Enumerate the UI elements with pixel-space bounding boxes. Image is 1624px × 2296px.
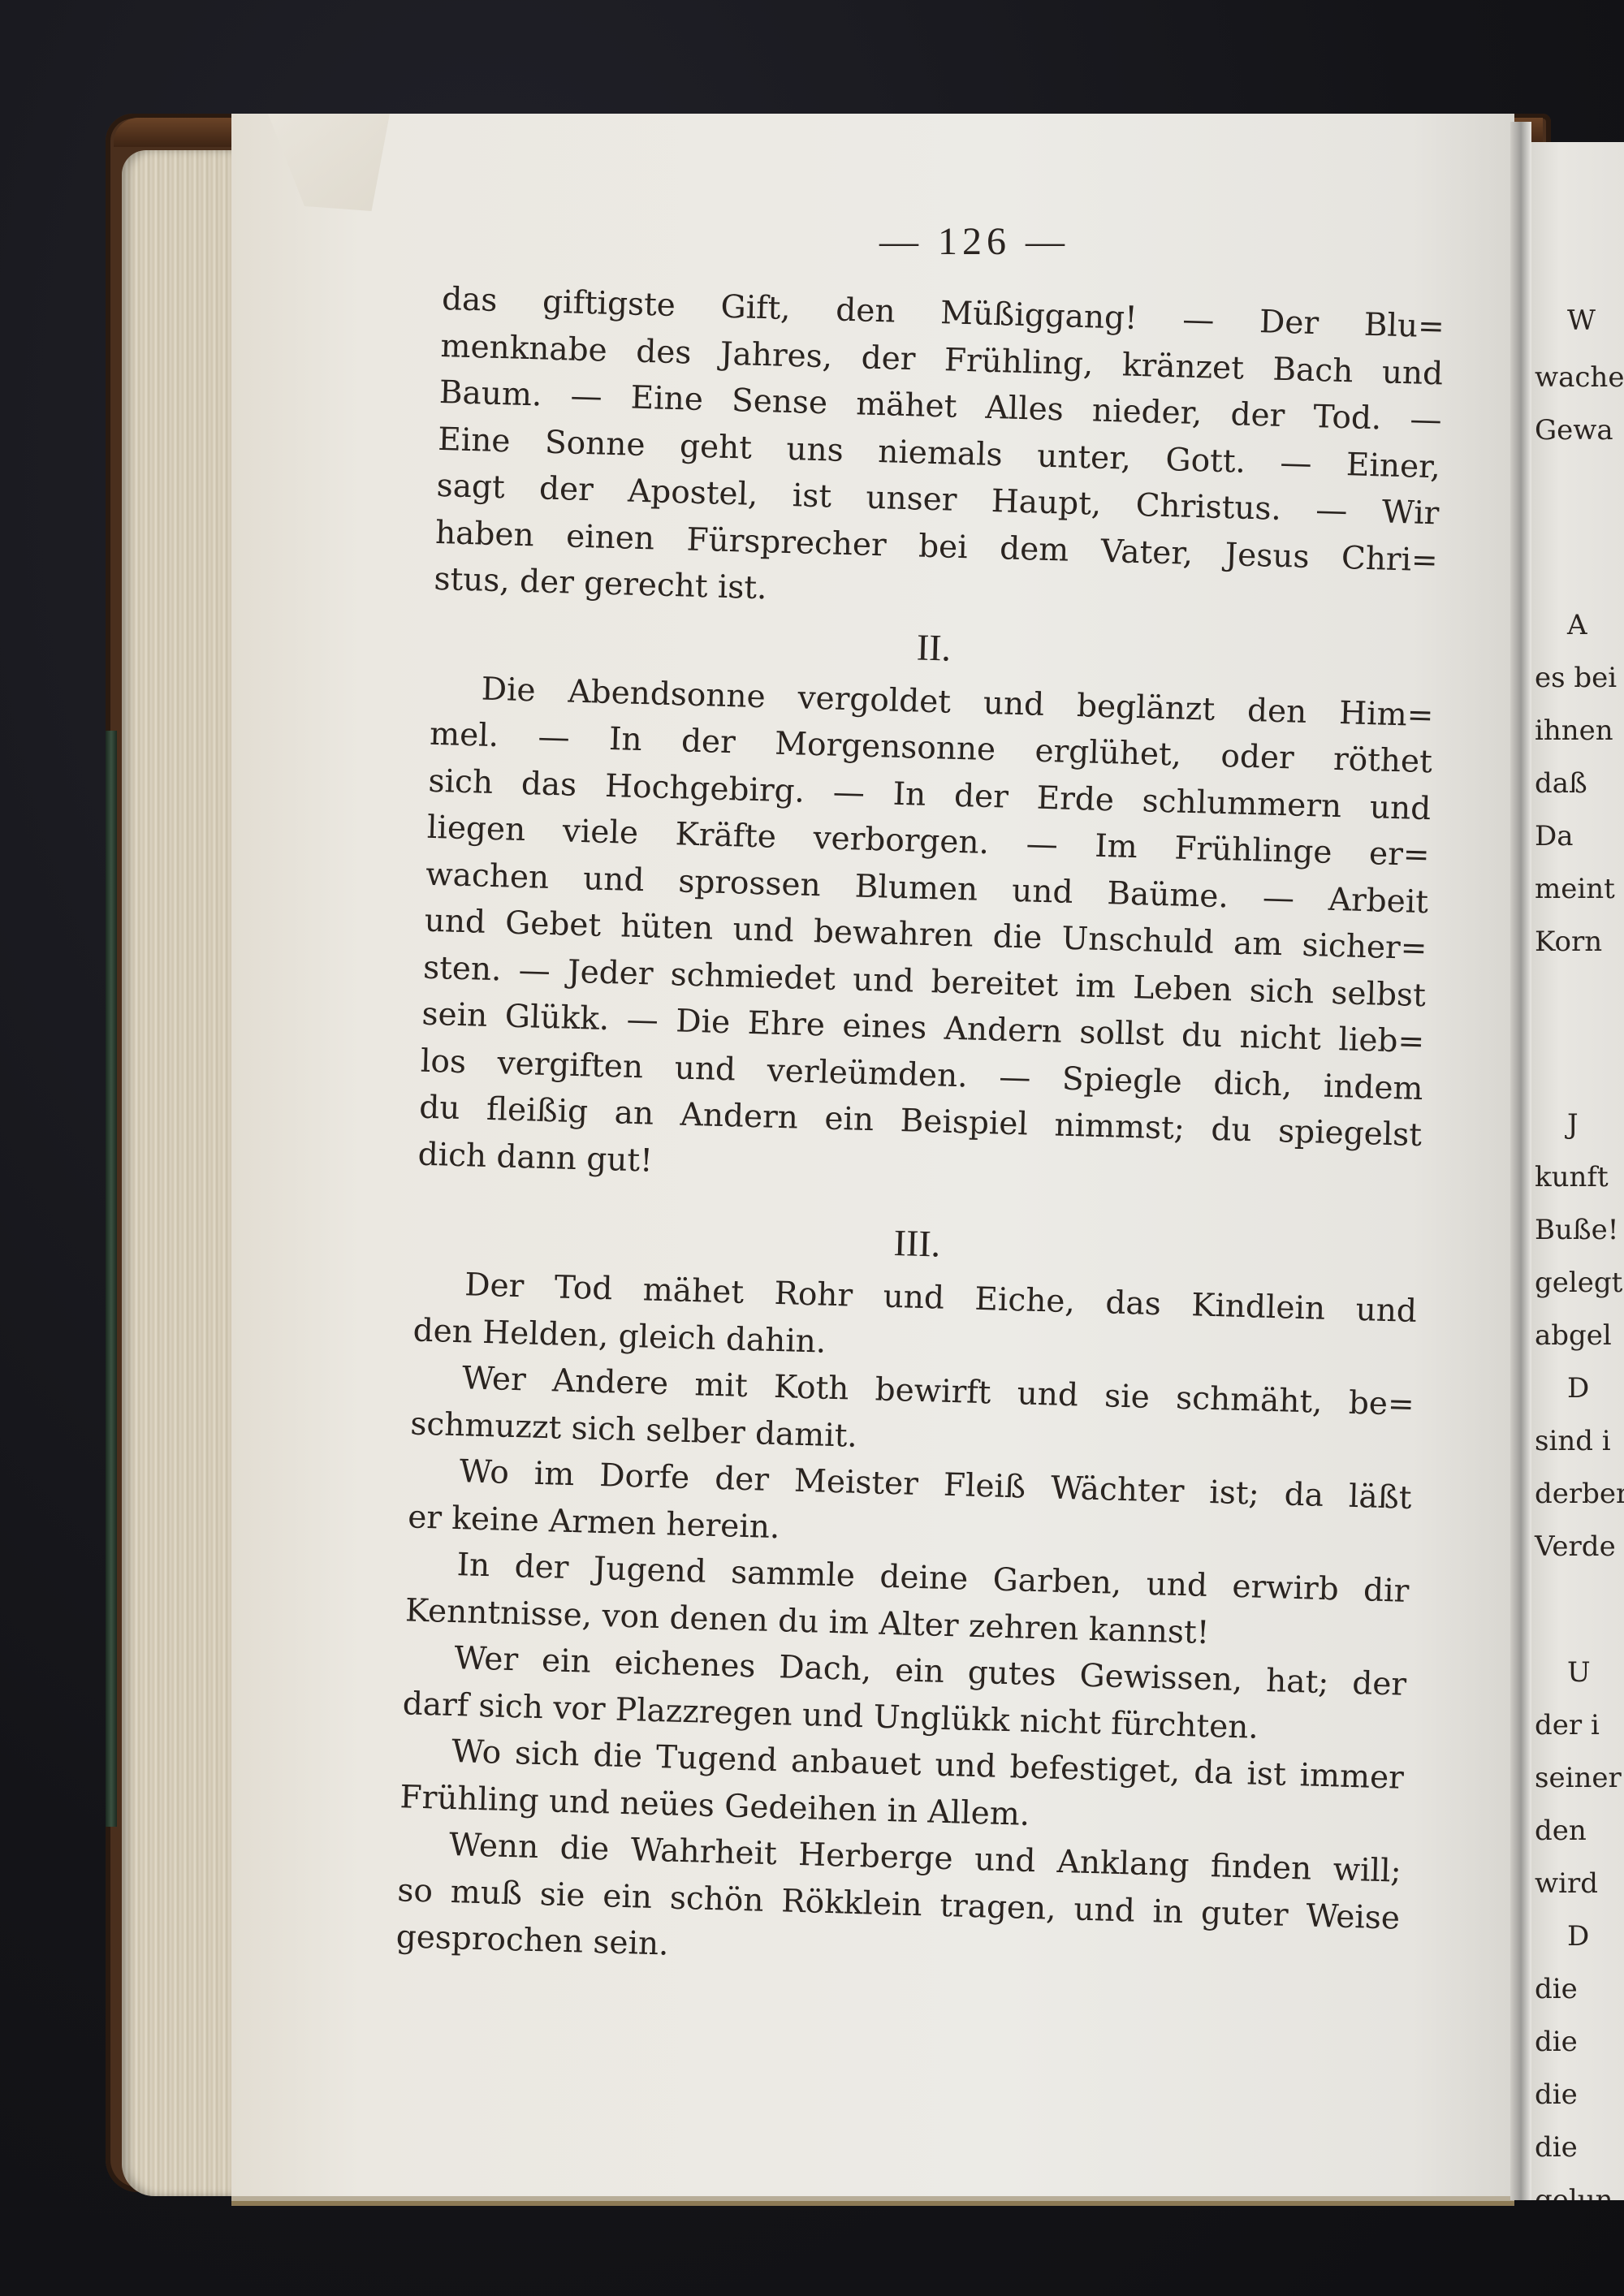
facing-page-fragment: Buße! [1535, 1214, 1618, 1246]
page-block-edges [122, 150, 235, 2196]
facing-page-fragment: die [1535, 2026, 1578, 2058]
facing-page-fragment: derber [1535, 1478, 1624, 1510]
facing-page-fragment: D [1567, 1372, 1589, 1405]
facing-page-fragment: sind i [1535, 1425, 1611, 1457]
facing-page-fragment: W [1567, 304, 1596, 337]
facing-page: WwacheGewaAes beiihnendaßDameintKornJkun… [1531, 142, 1624, 2200]
facing-page-fragment: U [1567, 1656, 1591, 1689]
facing-page-fragment: gelun [1535, 2184, 1613, 2200]
section-II: Die Abendsonne vergoldet und beglänzt de… [417, 664, 1434, 1206]
facing-page-fragment: die [1535, 1973, 1578, 2005]
facing-page-fragment: Gewa [1535, 414, 1613, 447]
cover-green-band [106, 731, 117, 1827]
facing-page-fragment: Da [1535, 820, 1574, 852]
facing-page-fragment: kunft [1535, 1161, 1609, 1193]
facing-page-fragment: daß [1535, 767, 1587, 800]
facing-page-fragment: Korn [1535, 926, 1602, 958]
facing-page-fragment: D [1567, 1920, 1589, 1953]
facing-page-fragment: die [1535, 2078, 1578, 2111]
paragraph: Wenn die Wahrheit Herberge und Anklang f… [395, 1820, 1402, 1988]
facing-page-fragment: Verde [1535, 1530, 1616, 1563]
facing-page-fragment: die [1535, 2131, 1578, 2164]
facing-page-fragment: abgel [1535, 1319, 1612, 1352]
facing-page-fragment: J [1567, 1108, 1579, 1141]
facing-page-fragment: den [1535, 1815, 1587, 1847]
section-III: Der Tod mähet Rohr und Eiche, das Kindle… [395, 1261, 1418, 1989]
facing-page-fragment: gelegt [1535, 1267, 1622, 1299]
facing-page-fragment: wache [1535, 361, 1624, 394]
facing-page-fragment: ihnen [1535, 714, 1613, 747]
page-body: das giftigste Gift, den Müßiggang! — Der… [395, 276, 1445, 1988]
facing-page-fragment: es bei [1535, 662, 1617, 694]
facing-page-fragment: wird [1535, 1867, 1598, 1900]
book-gutter [1510, 122, 1531, 2200]
facing-page-fragment: der i [1535, 1709, 1600, 1741]
facing-page-fragment: A [1567, 609, 1587, 641]
page-number: — 126 — [853, 219, 1096, 264]
section-I-continued: das giftigste Gift, den Müßiggang! — Der… [434, 276, 1445, 631]
facing-page-fragment: seiner [1535, 1762, 1622, 1794]
facing-page-fragment: meint [1535, 873, 1615, 905]
